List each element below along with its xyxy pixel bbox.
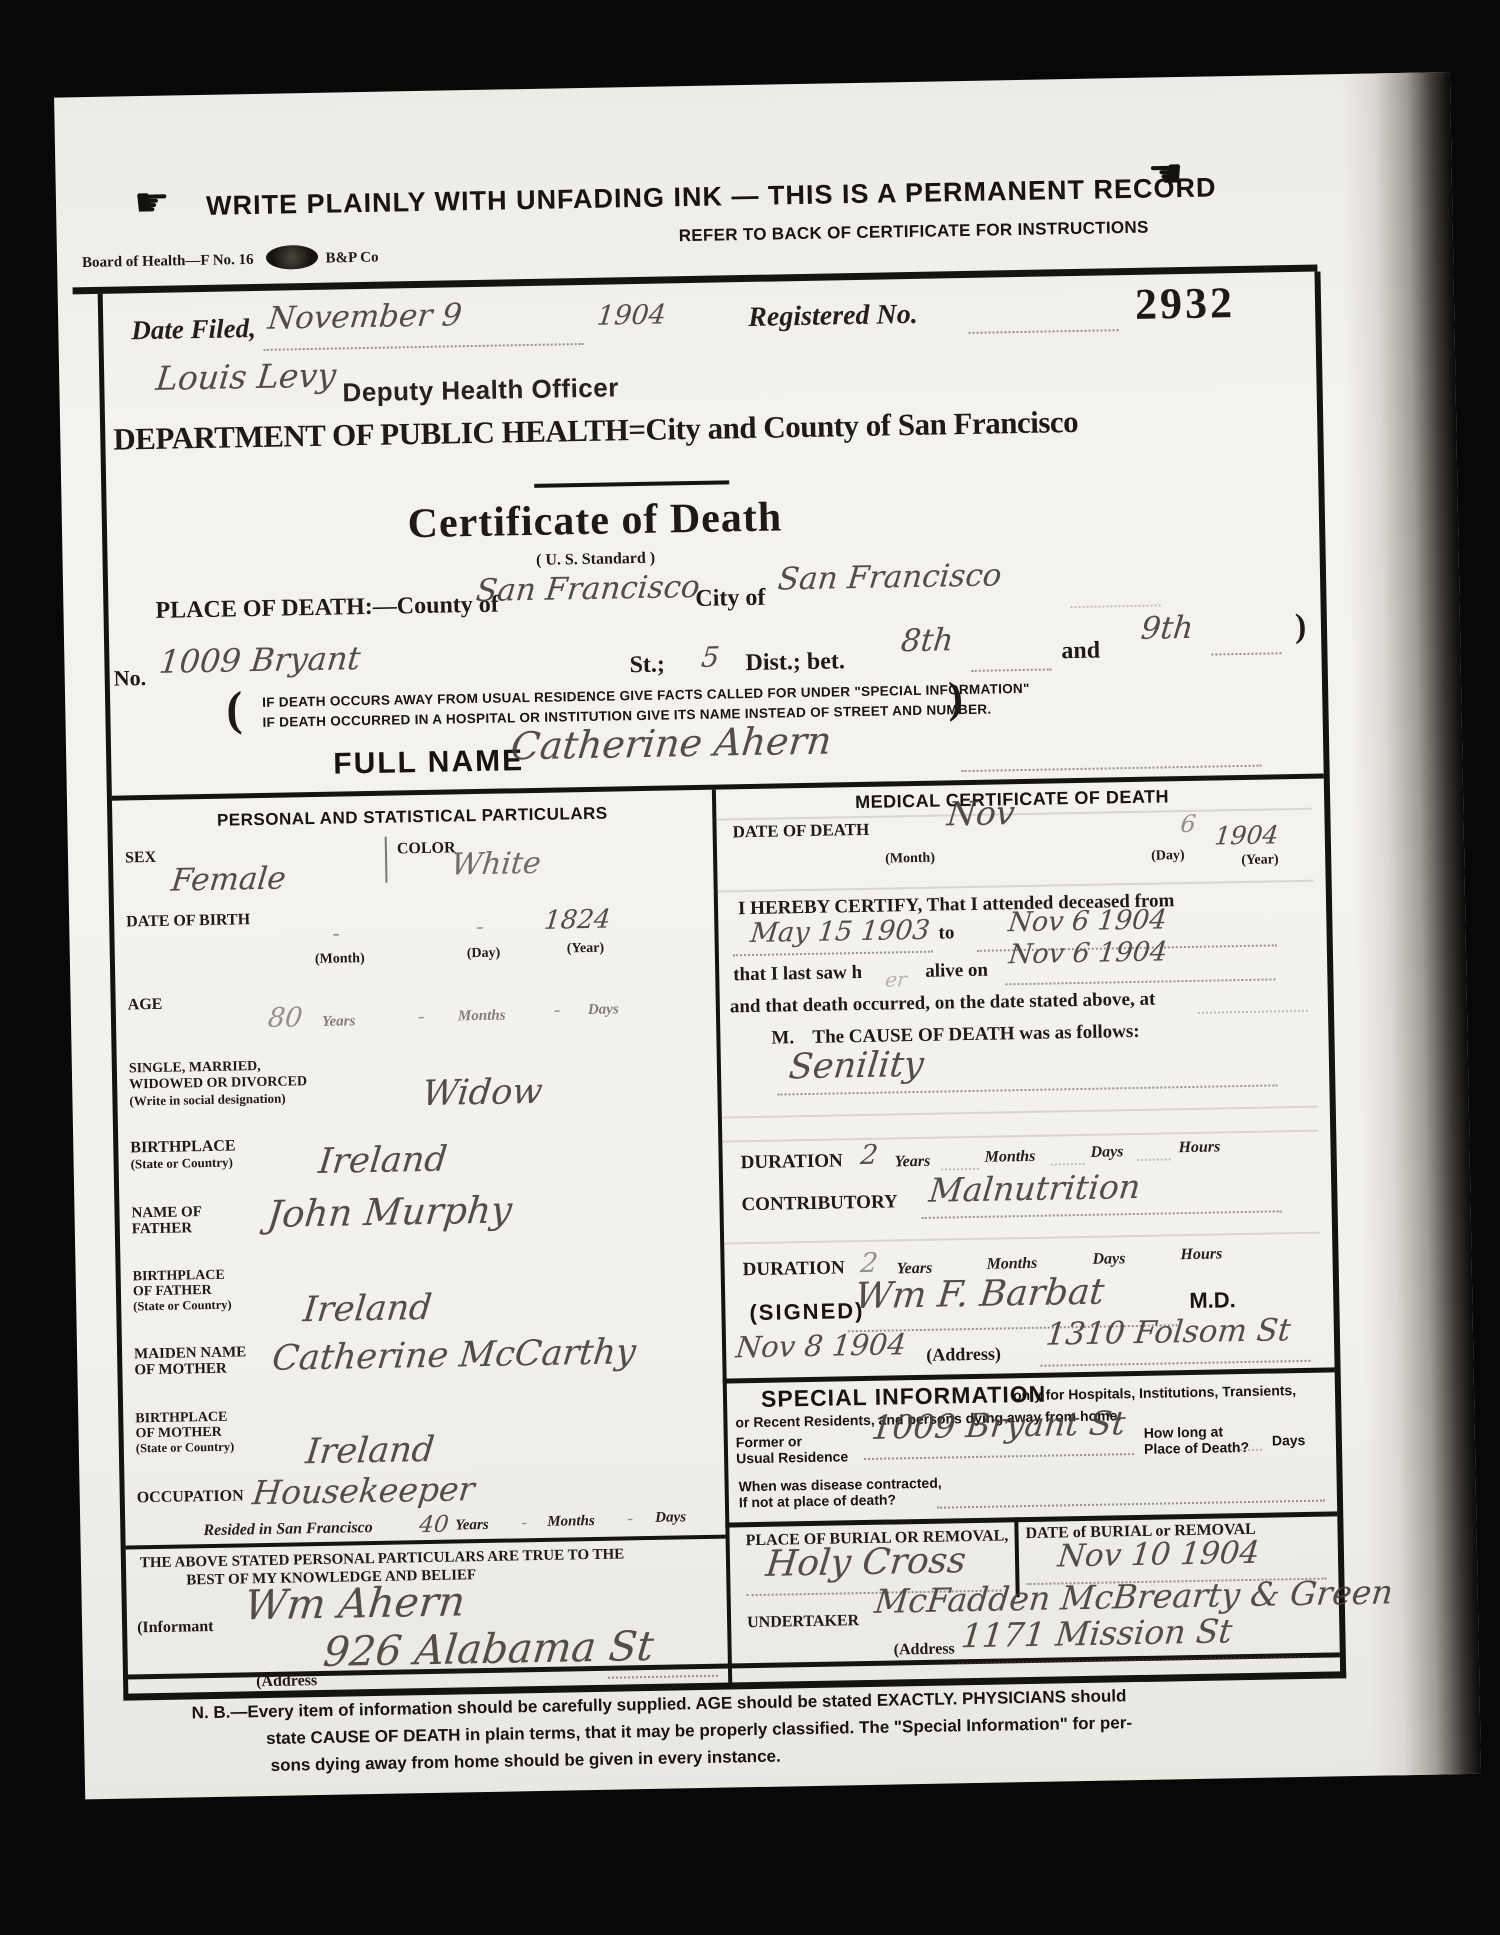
nb-note-line3: sons dying away from home should be give… [270, 1747, 780, 1776]
father-label-line2: FATHER [132, 1220, 203, 1237]
duration-blank-3 [1137, 1158, 1171, 1161]
informant-address-label: (Address [256, 1672, 317, 1691]
attended-from-blank-line [733, 951, 933, 957]
contributory-blank-line [922, 1210, 1282, 1219]
resided-label: Resided in San Francisco [203, 1519, 373, 1540]
days-suffix-label: Days [1272, 1432, 1306, 1449]
scan-streak-5 [720, 1232, 1320, 1245]
resided-days-dash: - [626, 1508, 634, 1529]
birth-year-value: 1824 [543, 905, 612, 936]
mother-maiden-label: MAIDEN NAME OF MOTHER [134, 1344, 247, 1378]
dist-label: Dist.; bet. [745, 648, 845, 677]
marital-label: SINGLE, MARRIED, WIDOWED OR DIVORCED (Wr… [129, 1058, 308, 1108]
dod-year-value: 1904 [1213, 820, 1280, 850]
place-of-death-label: PLACE OF DEATH:—County of [155, 592, 499, 625]
how-long-label: How long at Place of Death? [1144, 1423, 1250, 1457]
informant-label: (Informant [137, 1618, 214, 1637]
former-residence-label: Former or Usual Residence [736, 1432, 849, 1466]
duration-months-label: Months [984, 1148, 1035, 1167]
signed-label: (SIGNED) [749, 1298, 864, 1326]
duration-years-label: Years [895, 1153, 931, 1172]
between-from-value: 8th [899, 622, 955, 659]
contributory-value: Malnutrition [927, 1167, 1142, 1210]
color-label: COLOR [397, 839, 456, 858]
city-value: San Francisco [776, 557, 1003, 597]
officer-title: Deputy Health Officer [342, 372, 619, 408]
burial-date-value: Nov 10 1904 [1056, 1535, 1261, 1575]
mother-label-line2: OF MOTHER [134, 1360, 246, 1378]
and-label: and [1061, 638, 1100, 666]
attended-from-value: May 15 1903 [749, 915, 931, 949]
street-close-paren: ) [1295, 608, 1307, 646]
date-filed-label: Date Filed, [131, 313, 256, 346]
informant-address-value: 926 Alabama St [321, 1622, 656, 1676]
duration2-days-label: Days [1092, 1250, 1125, 1269]
informant-value: Wm Ahern [242, 1577, 467, 1629]
birthplace-label: BIRTHPLACE (State or Country) [130, 1137, 236, 1171]
dod-day-label: (Day) [1151, 848, 1185, 865]
officer-signature: Louis Levy [154, 355, 338, 397]
age-days-dash: - [553, 997, 562, 1021]
former-residence-blank-line [864, 1453, 1134, 1460]
resided-months-dash: - [520, 1512, 528, 1533]
form-id-line: Board of Health—F No. 16 B&P Co [82, 244, 379, 272]
age-months-label: Months [458, 1008, 506, 1026]
undertaker-address-blank-line [958, 1656, 1308, 1664]
department-title: DEPARTMENT OF PUBLIC HEALTH=City and Cou… [113, 404, 1073, 458]
mother-label-line1: MAIDEN NAME [134, 1344, 246, 1362]
banner-text: WRITE PLAINLY WITH UNFADING INK — THIS I… [206, 172, 1217, 222]
street-no-label: No. [113, 665, 146, 692]
page-curl-shadow [1340, 72, 1481, 1776]
sex-value: Female [170, 860, 288, 898]
physician-signature: Wm F. Barbat [853, 1272, 1106, 1318]
between-blank-line-2 [1211, 652, 1281, 655]
date-filed-blank-line [264, 343, 584, 351]
resided-days-label: Days [655, 1509, 686, 1527]
city-blank-line [1071, 604, 1161, 608]
father-birthplace-label: BIRTHPLACE OF FATHER (State or Country) [133, 1268, 232, 1314]
registered-no-blank-line [969, 329, 1119, 334]
personal-header: PERSONAL AND STATISTICAL PARTICULARS [112, 802, 712, 833]
duration-days-label: Days [1090, 1143, 1123, 1162]
dod-month-label: (Month) [885, 851, 935, 868]
birthplace-label-line1: BIRTHPLACE [130, 1137, 236, 1156]
dod-year-label: (Year) [1241, 852, 1279, 869]
duration-years-value: 2 [859, 1140, 879, 1171]
dob-month-label: (Month) [315, 951, 365, 968]
last-saw-date-value: Nov 6 1904 [1007, 936, 1168, 970]
undertaker-address-label: (Address [894, 1640, 955, 1659]
mother-birthplace-label: BIRTHPLACE OF MOTHER (State or Country) [135, 1410, 234, 1456]
registered-no-label: Registered No. [748, 299, 918, 334]
dob-day-dash: - [475, 915, 485, 940]
last-saw-label: that I last saw h [733, 962, 862, 986]
marital-label-line3: (Write in social designation) [129, 1090, 307, 1108]
scan-background: ☛ WRITE PLAINLY WITH UNFADING INK — THIS… [0, 0, 1500, 1935]
alive-on-label: alive on [925, 960, 988, 983]
md-label: M.D. [1189, 1287, 1236, 1314]
how-long-label-line2: Place of Death? [1144, 1439, 1249, 1457]
sex-color-divider [385, 837, 388, 883]
city-label: City of [695, 585, 765, 613]
dod-day-value: 6 [1179, 810, 1197, 838]
father-name-value: John Murphy [265, 1188, 514, 1236]
date-filed-year: 1904 [596, 299, 668, 331]
last-saw-er-value: er [884, 967, 908, 991]
age-days-label: Days [588, 1001, 619, 1019]
occupation-label: OCCUPATION [137, 1487, 244, 1507]
duration2-years-value: 2 [859, 1248, 879, 1279]
occupation-value: Housekeeper [251, 1469, 477, 1512]
occurred-blank-line [1198, 1010, 1308, 1014]
full-name-value: Catherine Ahern [509, 718, 834, 768]
district-value: 5 [700, 641, 721, 674]
printer-mark: B&P Co [325, 250, 378, 267]
former-label-line2: Usual Residence [736, 1448, 848, 1466]
undertaker-address-value: 1171 Mission St [959, 1611, 1234, 1655]
between-blank-line-1 [972, 668, 1052, 671]
cause-value: Senility [787, 1045, 926, 1088]
contributory-label: CONTRIBUTORY [741, 1191, 898, 1216]
mother-birthplace-value: Ireland [304, 1430, 436, 1472]
resided-years-value: 40 [418, 1512, 450, 1539]
street-value: 1009 Bryant [157, 639, 362, 681]
age-years-label: Years [322, 1013, 356, 1031]
dod-month-value: Nov [945, 793, 1016, 833]
refer-note: REFER TO BACK OF CERTIFICATE FOR INSTRUC… [677, 218, 1149, 247]
mother-maiden-value: Catherine McCarthy [270, 1332, 638, 1379]
dob-month-dash: - [331, 922, 341, 947]
date-filed-value: November 9 [266, 297, 463, 337]
undertaker-label: UNDERTAKER [747, 1612, 859, 1632]
physician-address-value: 1310 Folsom St [1044, 1312, 1292, 1353]
attended-to-value: Nov 6 1904 [1007, 904, 1168, 938]
manicule-right-icon: ☛ [134, 180, 171, 227]
cause-of-death-label: The CAUSE OF DEATH was as follows: [812, 1021, 1140, 1049]
father-birthplace-value: Ireland [301, 1288, 433, 1330]
father-bp-label-line3: (State or Country) [133, 1298, 232, 1314]
residence-note-open-paren: ( [226, 681, 243, 736]
age-months-dash: - [417, 1004, 426, 1028]
how-long-label-line1: How long at [1144, 1423, 1249, 1441]
age-label: AGE [128, 996, 163, 1015]
dob-label: DATE OF BIRTH [126, 911, 250, 931]
duration-label: DURATION [741, 1150, 843, 1174]
certificate-box: Date Filed, November 9 1904 Registered N… [98, 271, 1347, 1700]
marital-value: Widow [420, 1072, 544, 1114]
birthplace-label-line2: (State or Country) [130, 1154, 235, 1171]
medical-column: MEDICAL CERTIFICATE OF DEATH DATE OF DEA… [712, 781, 1340, 1682]
duration2-label: DURATION [742, 1257, 844, 1281]
scan-streak-4 [718, 1130, 1318, 1143]
physician-address-blank-line [1040, 1360, 1310, 1367]
burial-place-value: Holy Cross [764, 1540, 968, 1585]
father-name-label: NAME OF FATHER [131, 1204, 202, 1237]
full-name-label: FULL NAME [333, 744, 524, 781]
resided-years-label: Years [455, 1517, 489, 1535]
st-label: St.; [629, 652, 665, 680]
dob-year-label: (Year) [567, 941, 605, 958]
disease-contracted-label: When was disease contracted, If not at p… [738, 1475, 942, 1511]
printer-stamp-icon [265, 245, 317, 270]
duration2-hours-label: Hours [1180, 1245, 1222, 1264]
board-of-health-form-no: Board of Health—F No. 16 [82, 252, 254, 271]
duration2-months-label: Months [986, 1255, 1037, 1274]
last-saw-blank-line [1005, 978, 1275, 985]
full-name-blank-line [962, 765, 1262, 772]
certificate-page: ☛ WRITE PLAINLY WITH UNFADING INK — THIS… [54, 72, 1481, 1799]
duration-hours-label: Hours [1178, 1138, 1220, 1157]
signed-date-value: Nov 8 1904 [734, 1327, 907, 1364]
registered-no-value: 2932 [1135, 277, 1236, 330]
mother-bp-label-line3: (State or Country) [136, 1440, 235, 1456]
physician-address-label: (Address) [926, 1344, 1001, 1366]
sex-label: SEX [125, 849, 156, 868]
county-value: San Francisco [474, 569, 701, 609]
duration-blank-2 [1051, 1163, 1085, 1166]
informant-address-blank-line [608, 1675, 718, 1679]
color-value: White [449, 846, 542, 883]
scan-streak-3 [718, 1106, 1318, 1119]
contracted-label-line2: If not at place of death? [739, 1491, 942, 1511]
father-bp-label-line1: BIRTHPLACE [133, 1268, 232, 1285]
residence-note-close-paren: ) [948, 672, 964, 723]
birthplace-value: Ireland [317, 1140, 449, 1182]
death-occurred-label: and that death occurred, on the date sta… [730, 989, 1156, 1019]
title-rule [534, 480, 729, 488]
contracted-blank-line [937, 1500, 1325, 1509]
scan-streak-2 [714, 880, 1314, 893]
special-info-note-line1: only for Hospitals, Institutions, Transi… [1013, 1382, 1296, 1403]
to-label: to [938, 922, 954, 944]
date-of-death-label: DATE OF DEATH [732, 820, 869, 843]
age-years-value: 80 [266, 1002, 304, 1034]
former-residence-value: 1009 Bryant St [870, 1403, 1128, 1447]
dob-day-label: (Day) [467, 946, 501, 963]
resided-months-label: Months [547, 1513, 595, 1531]
manicule-left-icon: ☚ [1147, 151, 1184, 198]
between-to-value: 9th [1139, 610, 1195, 647]
how-long-blank-line [1224, 1449, 1262, 1452]
father-label-line1: NAME OF [131, 1204, 202, 1221]
